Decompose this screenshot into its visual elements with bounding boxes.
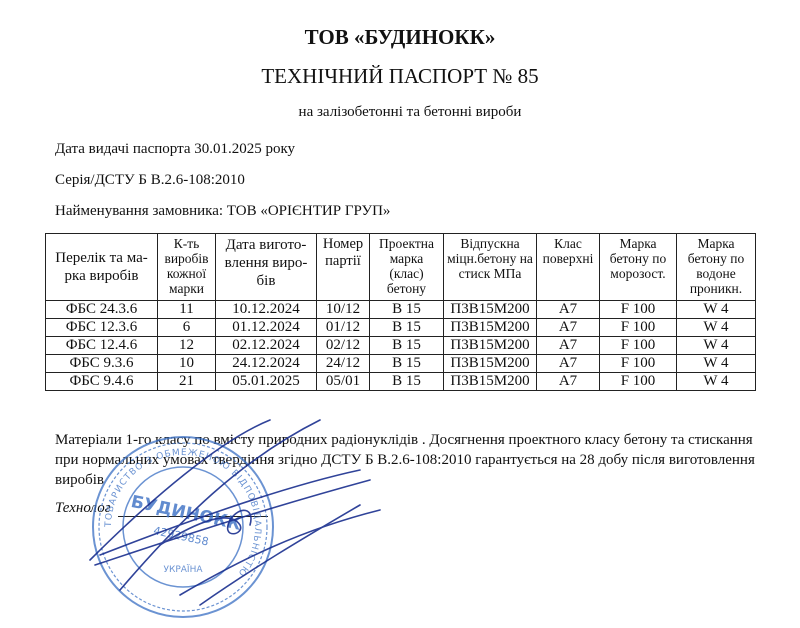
table-cell: 02/12 xyxy=(317,337,370,355)
table-cell: А7 xyxy=(537,355,600,373)
table-cell: П3В15М200 xyxy=(444,319,537,337)
table-cell: ФБС 12.3.6 xyxy=(46,319,158,337)
signature-line xyxy=(118,516,268,517)
table-cell: F 100 xyxy=(600,337,677,355)
table-row: ФБС 12.3.6601.12.202401/12В 15П3В15М200А… xyxy=(46,319,756,337)
column-header: К-ть виробів кожної марки xyxy=(158,234,216,301)
table-cell: В 15 xyxy=(370,319,444,337)
table-cell: W 4 xyxy=(677,355,756,373)
company-name: ТОВ «БУДИНОКК» xyxy=(0,25,800,50)
table-cell: ФБС 9.4.6 xyxy=(46,373,158,391)
table-cell: W 4 xyxy=(677,373,756,391)
table-cell: 21 xyxy=(158,373,216,391)
table-cell: 01.12.2024 xyxy=(216,319,317,337)
table-cell: ФБС 9.3.6 xyxy=(46,355,158,373)
table-row: ФБС 12.4.61202.12.202402/12В 15П3В15М200… xyxy=(46,337,756,355)
svg-text:БУДИНОКК: БУДИНОКК xyxy=(129,492,243,535)
table-cell: А7 xyxy=(537,337,600,355)
table-cell: П3В15М200 xyxy=(444,301,537,319)
table-cell: 24.12.2024 xyxy=(216,355,317,373)
table-cell: 02.12.2024 xyxy=(216,337,317,355)
table-cell: В 15 xyxy=(370,337,444,355)
table-row: ФБС 24.3.61110.12.202410/12В 15П3В15М200… xyxy=(46,301,756,319)
table-cell: 24/12 xyxy=(317,355,370,373)
table-cell: F 100 xyxy=(600,319,677,337)
column-header: Марка бетону по водоне проникн. xyxy=(677,234,756,301)
table-cell: ФБС 24.3.6 xyxy=(46,301,158,319)
document-subtitle: на залізобетонні та бетонні вироби xyxy=(0,104,800,121)
technologist-label: Технолог xyxy=(55,500,111,517)
table-cell: А7 xyxy=(537,373,600,391)
table-cell: 05/01 xyxy=(317,373,370,391)
issue-date: Дата видачі паспорта 30.01.2025 року xyxy=(55,141,295,158)
table-cell: П3В15М200 xyxy=(444,337,537,355)
svg-text:УКРАЇНА: УКРАЇНА xyxy=(163,564,203,575)
table-row: ФБС 9.3.61024.12.202424/12В 15П3В15М200А… xyxy=(46,355,756,373)
quality-note: Матеріали 1-го класу по вмісту природних… xyxy=(55,430,755,490)
table-cell: А7 xyxy=(537,301,600,319)
column-header: Марка бетону по морозост. xyxy=(600,234,677,301)
table-cell: ФБС 12.4.6 xyxy=(46,337,158,355)
table-header-row: Перелік та ма-рка виробів К-ть виробів к… xyxy=(46,234,756,301)
table-row: ФБС 9.4.62105.01.202505/01В 15П3В15М200А… xyxy=(46,373,756,391)
column-header: Дата вигото-влення виро-бів xyxy=(216,234,317,301)
column-header: Проектна марка (клас) бетону xyxy=(370,234,444,301)
products-table: Перелік та ма-рка виробів К-ть виробів к… xyxy=(45,233,756,391)
table-cell: 6 xyxy=(158,319,216,337)
column-header: Відпускна міцн.бетону на стиск МПа xyxy=(444,234,537,301)
document-title: ТЕХНІЧНИЙ ПАСПОРТ № 85 xyxy=(0,64,800,89)
table-cell: 11 xyxy=(158,301,216,319)
table-cell: П3В15М200 xyxy=(444,355,537,373)
table-cell: 05.01.2025 xyxy=(216,373,317,391)
table-cell: 10.12.2024 xyxy=(216,301,317,319)
table-cell: F 100 xyxy=(600,355,677,373)
table-cell: F 100 xyxy=(600,301,677,319)
column-header: Номер партії xyxy=(317,234,370,301)
table-cell: П3В15М200 xyxy=(444,373,537,391)
table-cell: В 15 xyxy=(370,373,444,391)
svg-text:42929858: 42929858 xyxy=(152,524,209,548)
table-cell: 01/12 xyxy=(317,319,370,337)
table-cell: F 100 xyxy=(600,373,677,391)
table-cell: W 4 xyxy=(677,319,756,337)
table-cell: 10/12 xyxy=(317,301,370,319)
table-cell: W 4 xyxy=(677,337,756,355)
table-cell: 12 xyxy=(158,337,216,355)
table-cell: W 4 xyxy=(677,301,756,319)
table-cell: В 15 xyxy=(370,301,444,319)
column-header: Перелік та ма-рка виробів xyxy=(46,234,158,301)
column-header: Клас поверхні xyxy=(537,234,600,301)
customer-name: Найменування замовника: ТОВ «ОРІЄНТИР ГР… xyxy=(55,203,390,220)
table-cell: А7 xyxy=(537,319,600,337)
series-standard: Серія/ДСТУ Б В.2.6-108:2010 xyxy=(55,172,245,189)
table-cell: 10 xyxy=(158,355,216,373)
table-cell: В 15 xyxy=(370,355,444,373)
